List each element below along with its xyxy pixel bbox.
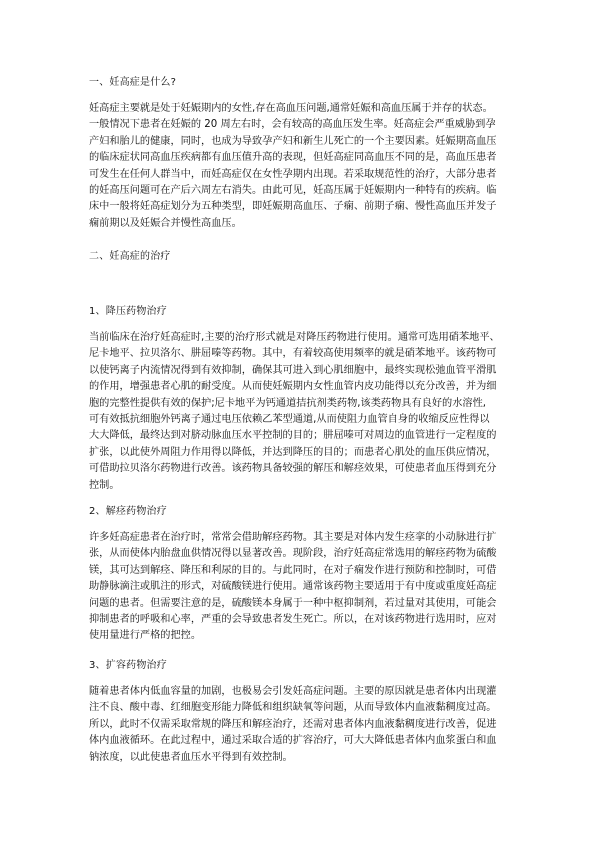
text-line: 扩张，以此使外周阻力作用得以降低，并达到降压的目的；而患者心肌处的血压供应情况，	[89, 445, 507, 461]
text-line: 体内血液循环。在此过程中，通过采取合适的扩容治疗，可大大降低患者体内血浆蛋白和血	[89, 733, 507, 749]
text-line: 镁，其可达到解痉、降压和利尿的目的。与此同时，在对子痫发作进行预防和控制时，可借	[89, 563, 507, 579]
text-line: 产妇和胎儿的健康，同时，也成为导致孕产妇和新生儿死亡的一个主要因素。妊娠期高血压	[89, 134, 507, 150]
text-line: 当前临床在治疗妊高症时,主要的治疗形式就是对降压药物进行使用。通常可选用硝苯地平…	[89, 330, 507, 346]
text-line: 助静脉滴注或肌注的形式，对硫酸镁进行使用。通常该药物主要适用于有中度或重度妊高症	[89, 579, 507, 595]
text-line: 张，从而使体内胎盘血供情况得以显著改善。现阶段，治疗妊高症常选用的解痉药物为硫酸	[89, 546, 507, 562]
section-heading-treatment: 二、妊高症的治疗	[89, 250, 171, 264]
text-line: 胞的完整性提供有效的保护;尼卡地平为钙通道拮抗剂类药物,该类药物具有良好的水溶性…	[89, 396, 507, 412]
text-line: 可有效抵抗细胞外钙离子通过电压依赖乙苯型通道,从而使阻力血管自身的收缩反应性得以	[89, 412, 507, 428]
text-line: 使用量进行严格的把控。	[89, 628, 507, 644]
text-line: 痫前期以及妊娠合并慢性高血压。	[89, 216, 507, 232]
text-line: 控制。	[89, 478, 507, 494]
text-line: 床中一般将妊高症划分为五种类型，即妊娠期高血压、子痫、前期子痫、慢性高血压并发子	[89, 199, 507, 215]
text-line: 的临床症状同高血压疾病都有血压值升高的表现，但妊高症同高血压不同的是，高血压患者	[89, 150, 507, 166]
paragraph-what-is: 妊高症主要就是处于妊娠期内的女性,存在高血压问题,通常妊娠和高血压属于并存的状态…	[89, 101, 507, 232]
text-line: 问题的患者。但需要注意的是，硫酸镁本身属于一种中枢抑制剂，若过量对其使用，可能会	[89, 596, 507, 612]
subsection-heading-antihypertensive: 1、降压药物治疗	[89, 305, 167, 319]
text-line: 可借助拉贝洛尔药物进行改善。该药物具备较强的解压和解痉效果，可使患者血压得到充分	[89, 461, 507, 477]
subsection-heading-volume-expansion: 3、扩容药物治疗	[89, 659, 167, 673]
text-line: 注不良、酸中毒、红细胞变形能力降低和组织缺氧等问题，从而导致体内血液黏稠度过高。	[89, 700, 507, 716]
text-line: 的妊高压问题可在产后六周左右消失。由此可见，妊高压属于妊娠期内一种特有的疾病。临	[89, 183, 507, 199]
paragraph-antihypertensive: 当前临床在治疗妊高症时,主要的治疗形式就是对降压药物进行使用。通常可选用硝苯地平…	[89, 330, 507, 494]
subsection-heading-antispasmodic: 2、解痉药物治疗	[89, 505, 167, 519]
section-heading-what-is: 一、妊高症是什么?	[89, 76, 176, 90]
text-line: 妊高症主要就是处于妊娠期内的女性,存在高血压问题,通常妊娠和高血压属于并存的状态…	[89, 101, 507, 117]
paragraph-volume-expansion: 随着患者体内低血容量的加剧，也极易会引发妊高症问题。主要的原因就是患者体内出现灌…	[89, 684, 507, 766]
text-line: 随着患者体内低血容量的加剧，也极易会引发妊高症问题。主要的原因就是患者体内出现灌	[89, 684, 507, 700]
text-line: 可发生在任何人群当中，而妊高症仅在女性孕期内出现。若采取规范性的治疗，大部分患者	[89, 167, 507, 183]
text-line: 钠浓度，以此使患者血压水平得到有效控制。	[89, 750, 507, 766]
text-line: 许多妊高症患者在治疗时，常常会借助解痉药物。其主要是对体内发生痉挛的小动脉进行扩	[89, 530, 507, 546]
text-line: 所以，此时不仅需采取常规的降压和解痉治疗，还需对患者体内血液黏稠度进行改善，促进	[89, 717, 507, 733]
paragraph-antispasmodic: 许多妊高症患者在治疗时，常常会借助解痉药物。其主要是对体内发生痉挛的小动脉进行扩…	[89, 530, 507, 645]
text-line: 大大降低，最终达到对脐动脉血压水平控制的目的；肼屈嗪可对周边的血管进行一定程度的	[89, 428, 507, 444]
text-line: 一般情况下患者在妊娠的 20 周左右时，会有较高的高血压发生率。妊高症会严重威胁…	[89, 117, 507, 133]
text-line: 以使钙离子内流情况得到有效抑制，确保其可进入到心肌细胞中，最终实现松弛血管平滑肌	[89, 363, 507, 379]
text-line: 的作用，增强患者心肌的耐受度。从而使妊娠期内女性血管内皮功能得以充分改善，并为细	[89, 379, 507, 395]
text-line: 尼卡地平、拉贝洛尔、肼屈嗪等药物。其中，有着较高使用频率的就是硝苯地平。该药物可	[89, 346, 507, 362]
text-line: 抑制患者的呼吸和心率，严重的会导致患者发生死亡。所以，在对该药物进行选用时，应对	[89, 612, 507, 628]
